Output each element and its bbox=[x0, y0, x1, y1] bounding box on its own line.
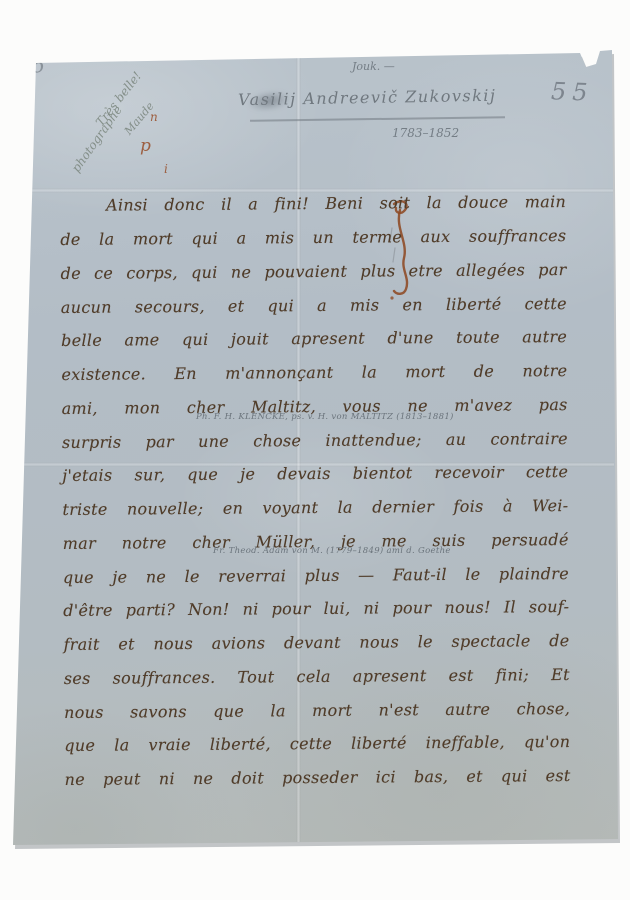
letter-line: Ainsi donc il a fini! Beni soit la douce… bbox=[60, 194, 566, 214]
letter-line: existence. En m'annonçant la mort de not… bbox=[61, 363, 567, 383]
letter-line: que la vraie liberté, cette liberté inef… bbox=[64, 734, 570, 754]
letter-line: j'etais sur, que je devais bientot recev… bbox=[62, 464, 568, 484]
letter-page: 36 Très belle! photographe Maude n p i J… bbox=[0, 0, 630, 900]
maltitz-identification-note: Ph. F. H. KLENCKE, ps. v. H. von MALTITZ… bbox=[196, 412, 454, 422]
letter-line: aucun secours, et qui a mis en liberté c… bbox=[61, 296, 567, 316]
letter-line: de la mort qui a mis un terme aux souffr… bbox=[60, 228, 566, 248]
letter-line: ne peut ni ne doit posseder ici bas, et … bbox=[65, 768, 571, 788]
letter-line: d'être parti? Non! ni pour lui, ni pour … bbox=[63, 599, 569, 619]
letter-line: ses souffrances. Tout cela apresent est … bbox=[64, 667, 570, 687]
letter-line: surpris par une chose inattendue; au con… bbox=[62, 431, 568, 451]
letter-line: nous savons que la mort n'est autre chos… bbox=[64, 701, 570, 721]
letter-text-block: Ainsi donc il a fini! Beni soit la douce… bbox=[0, 0, 630, 900]
mueller-identification-note: Fr. Theod. Adam von M. (1779–1849) ami d… bbox=[213, 546, 451, 556]
letter-line: frait et nous avions devant nous le spec… bbox=[63, 633, 569, 653]
letter-line: triste nouvelle; en voyant la dernier fo… bbox=[62, 498, 568, 518]
letter-line: que je ne le reverrai plus — Faut-il le … bbox=[63, 566, 569, 586]
letter-line: belle ame qui jouit apresent d'une toute… bbox=[61, 329, 567, 349]
letter-line: de ce corps, qui ne pouvaient plus etre … bbox=[61, 262, 567, 282]
